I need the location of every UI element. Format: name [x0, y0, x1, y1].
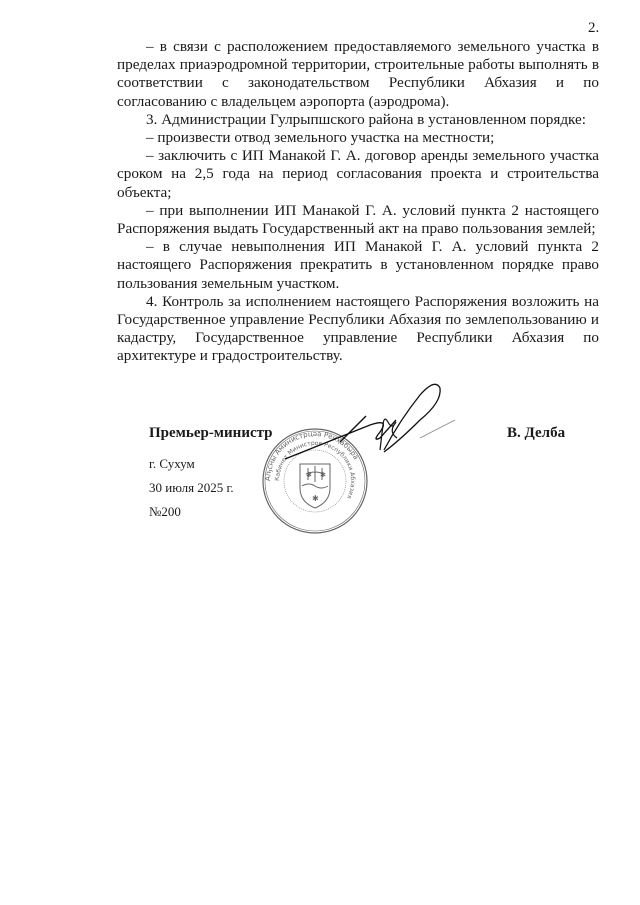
- paragraph-airport-clause: – в связи с расположением предоставляемо…: [117, 38, 599, 111]
- document-body: – в связи с расположением предоставляемо…: [117, 38, 599, 366]
- document-number: №200: [149, 504, 181, 520]
- paragraph-item-4: 4. Контроль за исполнением настоящего Ра…: [117, 293, 599, 366]
- signatory-title: Премьер-министр: [149, 425, 273, 442]
- document-date: 30 июля 2025 г.: [149, 480, 234, 496]
- handwritten-signature-icon: [280, 380, 480, 470]
- paragraph-item-3-lease: – заключить с ИП Манакой Г. А. договор а…: [117, 147, 599, 202]
- paragraph-item-3-termination: – в случае невыполнения ИП Манакой Г. А.…: [117, 238, 599, 293]
- paragraph-item-3-allotment: – произвести отвод земельного участка на…: [117, 129, 599, 147]
- signatory-name: В. Делба: [507, 425, 565, 442]
- paragraph-item-3: 3. Администрации Гулрыпшского района в у…: [117, 111, 599, 129]
- svg-text:✱: ✱: [312, 494, 319, 503]
- document-city: г. Сухум: [149, 456, 195, 472]
- svg-text:✱: ✱: [306, 471, 312, 479]
- page-number: 2.: [588, 20, 599, 37]
- paragraph-item-3-state-act: – при выполнении ИП Манакой Г. А. услови…: [117, 202, 599, 238]
- svg-text:✱: ✱: [320, 471, 326, 479]
